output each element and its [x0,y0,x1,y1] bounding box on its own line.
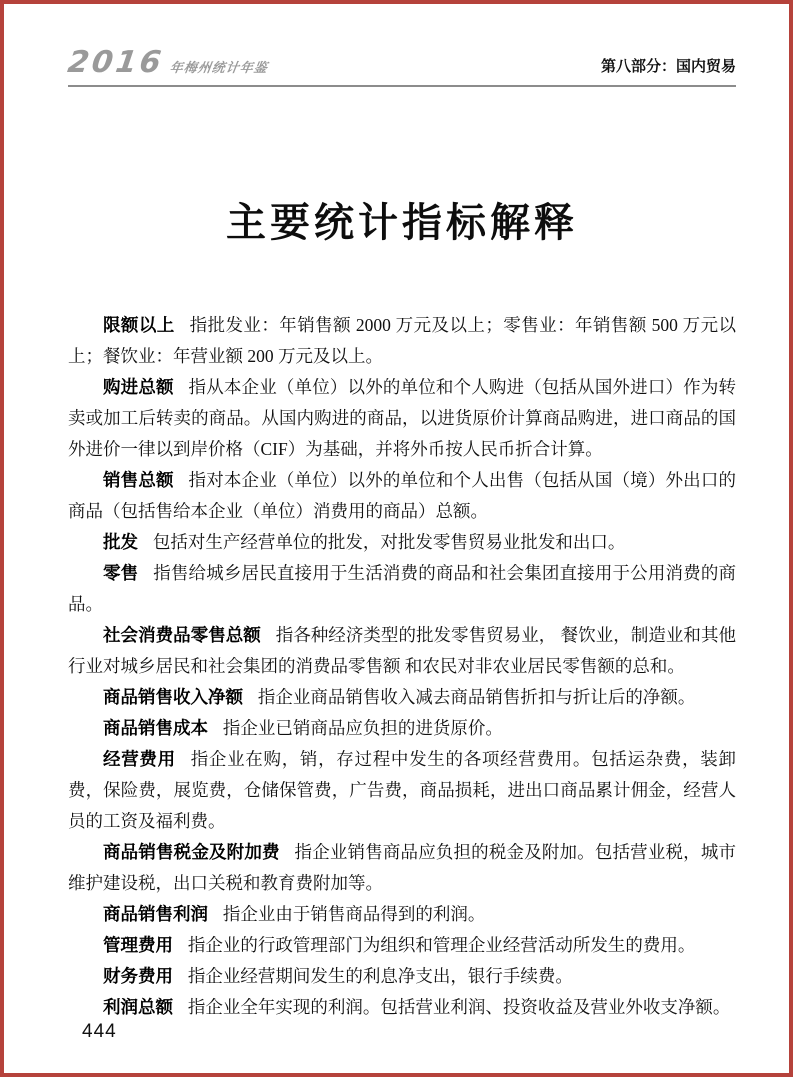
definition-text: 指企业商品销售收入减去商品销售折扣与折让后的净额。 [258,687,696,707]
yearbook-page: { "header": { "logo": { "year": "2016", … [0,0,793,1077]
section-label: 第八部分：国内贸易 [601,55,736,78]
term-label: 零售 [103,563,138,583]
term-label: 商品销售利润 [103,904,208,924]
term-label: 社会消费品零售总额 [103,625,261,645]
term-label: 商品销售收入净额 [103,687,243,707]
term-label: 限额以上 [103,315,175,335]
logo-year: 2016 [66,45,166,80]
term-label: 财务费用 [103,966,173,986]
page-title: 主要统计指标解释 [68,191,736,248]
definition-paragraph: 批发包括对生产经营单位的批发，对批发零售贸易业批发和出口。 [68,527,736,558]
term-label: 管理费用 [103,935,173,955]
definition-text: 指售给城乡居民直接用于生活消费的商品和社会集团直接用于公用消费的商品。 [68,563,736,614]
definition-paragraph: 购进总额指从本企业（单位）以外的单位和个人购进（包括从国外进口）作为转卖或加工后… [68,372,736,465]
definition-paragraph: 限额以上指批发业：年销售额 2000 万元及以上；零售业：年销售额 500 万元… [68,310,736,372]
definitions-list: 限额以上指批发业：年销售额 2000 万元及以上；零售业：年销售额 500 万元… [68,310,736,1023]
page-content: 2016年梅州统计年鉴 第八部分：国内贸易 主要统计指标解释 限额以上指批发业：… [4,48,789,1023]
definition-paragraph: 销售总额指对本企业（单位）以外的单位和个人出售（包括从国（境）外出口的商品（包括… [68,465,736,527]
definition-text: 指企业经营期间发生的利息净支出，银行手续费。 [188,966,573,986]
page-number: 444 [82,1021,117,1043]
term-label: 利润总额 [103,997,173,1017]
term-label: 购进总额 [103,377,174,397]
definition-paragraph: 商品销售利润指企业由于销售商品得到的利润。 [68,899,736,930]
definition-paragraph: 财务费用指企业经营期间发生的利息净支出，银行手续费。 [68,961,736,992]
definition-paragraph: 社会消费品零售总额指各种经济类型的批发零售贸易业， 餐饮业，制造业和其他行业对城… [68,620,736,682]
definition-paragraph: 利润总额指企业全年实现的利润。包括营业利润、投资收益及营业外收支净额。 [68,992,736,1023]
definition-text: 指企业全年实现的利润。包括营业利润、投资收益及营业外收支净额。 [188,997,731,1017]
definition-paragraph: 商品销售收入净额指企业商品销售收入减去商品销售折扣与折让后的净额。 [68,682,736,713]
definition-paragraph: 管理费用指企业的行政管理部门为组织和管理企业经营活动所发生的费用。 [68,930,736,961]
page-header: 2016年梅州统计年鉴 第八部分：国内贸易 [68,48,736,87]
logo-title: 年梅州统计年鉴 [169,61,269,76]
definition-paragraph: 商品销售税金及附加费指企业销售商品应负担的税金及附加。包括营业税，城市维护建设税… [68,837,736,899]
definition-paragraph: 零售指售给城乡居民直接用于生活消费的商品和社会集团直接用于公用消费的商品。 [68,558,736,620]
definition-paragraph: 经营费用指企业在购，销，存过程中发生的各项经营费用。包括运杂费，装卸费，保险费，… [68,744,736,837]
definition-text: 指企业的行政管理部门为组织和管理企业经营活动所发生的费用。 [188,935,696,955]
term-label: 商品销售成本 [103,718,208,738]
term-label: 经营费用 [103,749,176,769]
term-label: 批发 [103,532,138,552]
yearbook-logo: 2016年梅州统计年鉴 [66,48,271,78]
definition-paragraph: 商品销售成本指企业已销商品应负担的进货原价。 [68,713,736,744]
term-label: 销售总额 [103,470,174,490]
definition-text: 指企业已销商品应负担的进货原价。 [223,718,503,738]
term-label: 商品销售税金及附加费 [103,842,280,862]
definition-text: 包括对生产经营单位的批发，对批发零售贸易业批发和出口。 [153,532,626,552]
definition-text: 指企业由于销售商品得到的利润。 [223,904,486,924]
